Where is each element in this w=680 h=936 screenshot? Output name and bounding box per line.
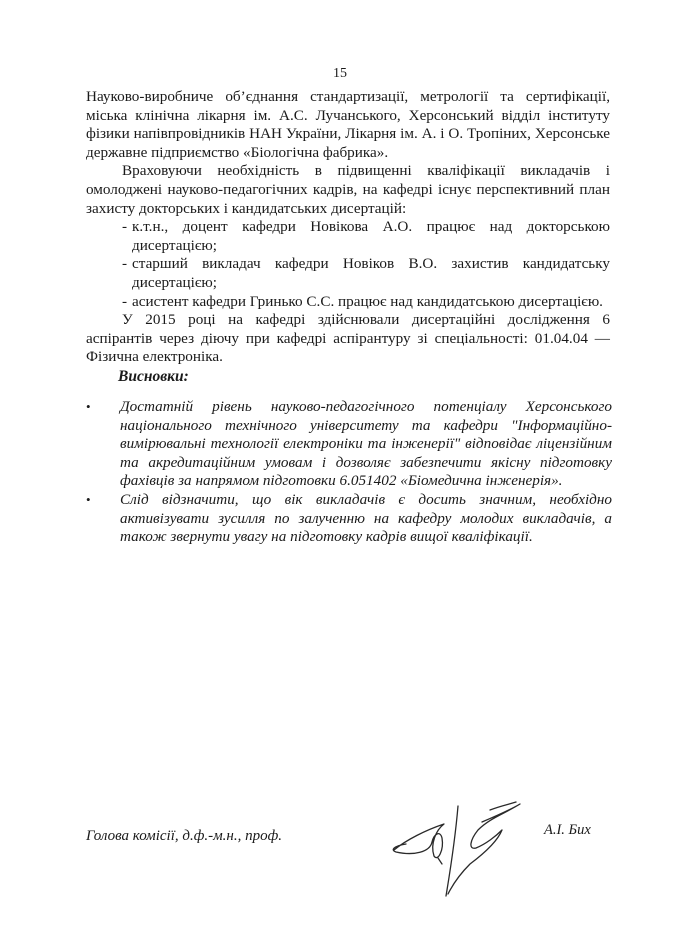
dash-marker: - bbox=[122, 255, 132, 274]
signature-block: Голова комісії, д.ф.-м.н., проф. А.І. Би… bbox=[86, 822, 616, 922]
dash-marker: - bbox=[122, 293, 132, 312]
signatory-role: Голова комісії, д.ф.-м.н., проф. bbox=[86, 828, 282, 845]
list-item: -старший викладач кафедри Новіков В.О. з… bbox=[86, 255, 610, 292]
list-item-text: к.т.н., доцент кафедри Новікова А.О. пра… bbox=[132, 218, 610, 254]
paragraph-dissertation-plan: Враховуючи необхідність в підвищенні ква… bbox=[86, 162, 610, 218]
bullet-icon: • bbox=[86, 398, 91, 417]
list-item: -асистент кафедри Гринько С.С. працює на… bbox=[86, 293, 610, 312]
dash-marker: - bbox=[122, 218, 132, 237]
paragraph-postgraduates: У 2015 році на кафедрі здійснювали дисер… bbox=[86, 311, 610, 367]
page-number: 15 bbox=[0, 66, 680, 82]
conclusions-list: • Достатній рівень науково-педагогічного… bbox=[84, 398, 612, 547]
dissertation-list: -к.т.н., доцент кафедри Новікова А.О. пр… bbox=[86, 218, 610, 311]
signatory-name: А.І. Бих bbox=[544, 822, 591, 839]
conclusion-text: Слід відзначити, що вік викладачів є дос… bbox=[120, 491, 612, 545]
list-item-text: асистент кафедри Гринько С.С. працює над… bbox=[132, 293, 603, 310]
document-body: Науково-виробниче об’єднання стандартиза… bbox=[86, 88, 610, 367]
list-item-text: старший викладач кафедри Новіков В.О. за… bbox=[132, 255, 610, 291]
handwritten-signature-icon bbox=[386, 800, 526, 910]
conclusions-heading: Висновки: bbox=[118, 368, 189, 386]
conclusion-text: Достатній рівень науково-педагогічного п… bbox=[120, 398, 612, 489]
list-item: -к.т.н., доцент кафедри Новікова А.О. пр… bbox=[86, 218, 610, 255]
paragraph-partners: Науково-виробниче об’єднання стандартиза… bbox=[86, 88, 610, 162]
conclusion-item: • Слід відзначити, що вік викладачів є д… bbox=[84, 491, 612, 547]
conclusion-item: • Достатній рівень науково-педагогічного… bbox=[84, 398, 612, 491]
bullet-icon: • bbox=[86, 491, 91, 510]
